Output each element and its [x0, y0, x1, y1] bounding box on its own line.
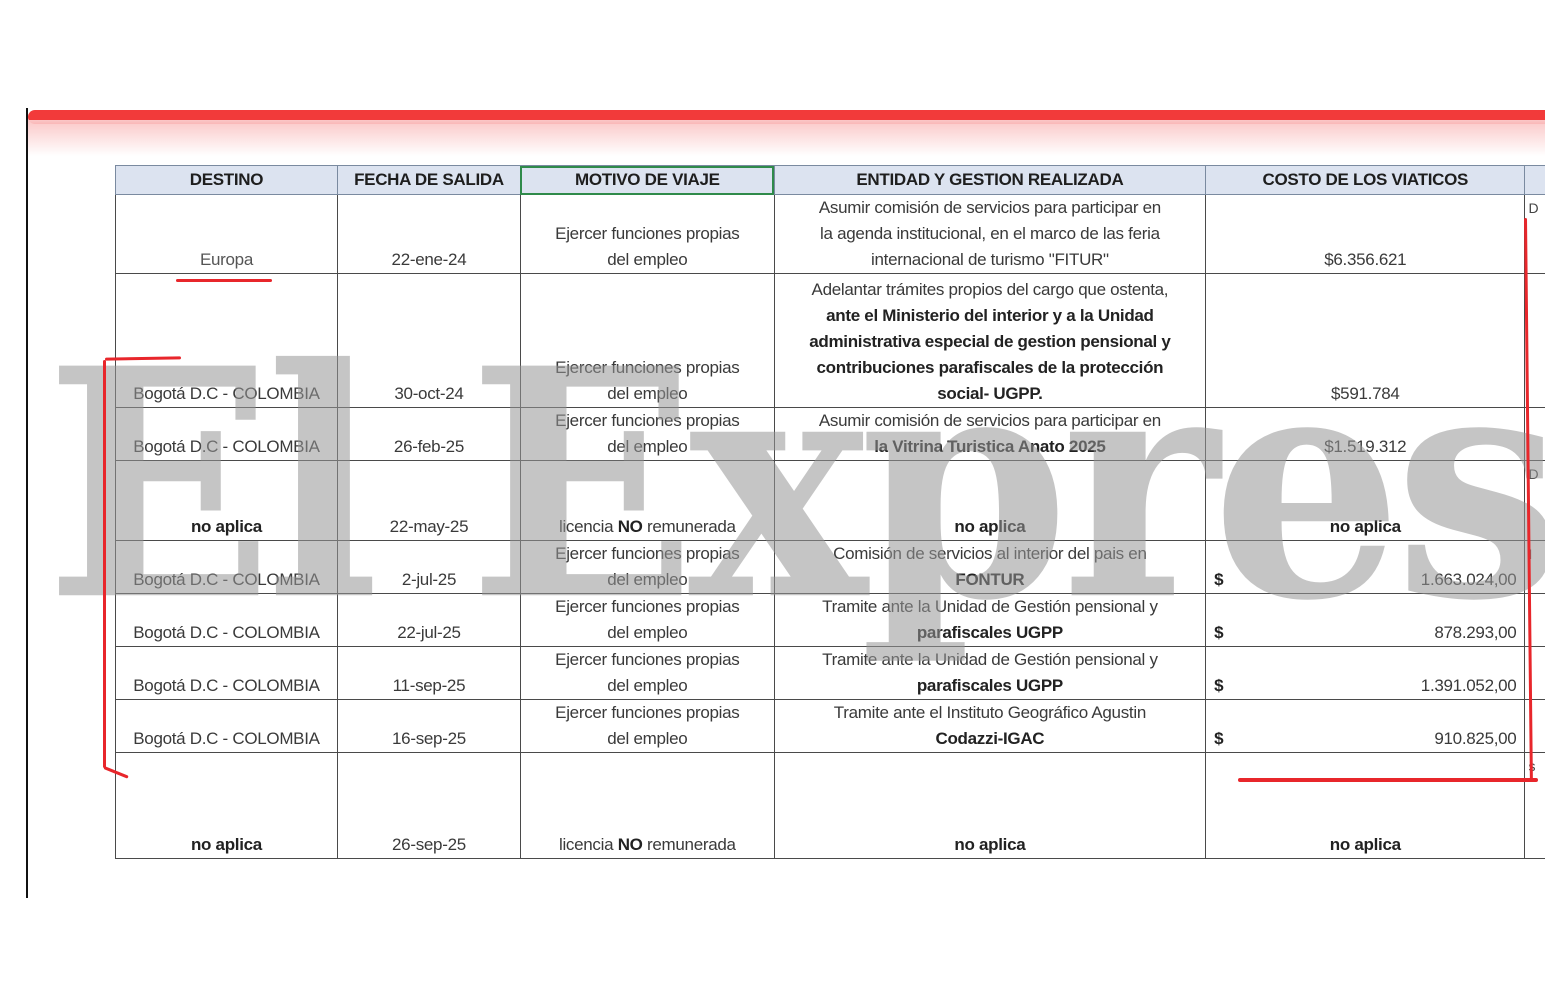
entidad-text: la Vitrina Turistica Anato 2025	[779, 434, 1201, 460]
entidad-text: la agenda institucional, en el marco de …	[779, 221, 1201, 247]
costo-amount: 910.825,00	[1434, 726, 1516, 752]
annotation-bracket-left	[103, 360, 106, 768]
currency-symbol: $	[1214, 726, 1223, 752]
cell-motivo-viaje[interactable]: Ejercer funciones propiasdel empleo	[520, 700, 774, 753]
costo-accounting: $910.825,00	[1214, 726, 1516, 752]
cell-costo-viaticos[interactable]: $6.356.621	[1206, 195, 1525, 274]
table-row: Bogotá D.C - COLOMBIA30-oct-24Ejercer fu…	[116, 274, 1545, 408]
entidad-text: no aplica	[779, 514, 1201, 540]
cell-destino[interactable]: Bogotá D.C - COLOMBIA	[116, 594, 338, 647]
motivo-text: Ejercer funciones propias	[525, 355, 770, 381]
motivo-text: del empleo	[525, 567, 770, 593]
cell-motivo-viaje[interactable]: Ejercer funciones propiasdel empleo	[520, 195, 774, 274]
destino-text: Europa	[120, 247, 333, 273]
cell-destino[interactable]: Bogotá D.C - COLOMBIA	[116, 541, 338, 594]
fecha-text: 11-sep-25	[342, 673, 516, 699]
cell-costo-viaticos[interactable]: $1.663.024,00	[1206, 541, 1525, 594]
table-row: Bogotá D.C - COLOMBIA26-feb-25Ejercer fu…	[116, 408, 1545, 461]
entidad-text: Tramite ante el Instituto Geográfico Agu…	[779, 700, 1201, 726]
edge-text: D	[1528, 461, 1541, 487]
motivo-text: Ejercer funciones propias	[525, 700, 770, 726]
header-entidad-gestion[interactable]: ENTIDAD Y GESTION REALIZADA	[774, 166, 1205, 195]
travel-expenses-table: DESTINO FECHA DE SALIDA MOTIVO DE VIAJE …	[115, 165, 1545, 859]
edge-text: D	[1528, 195, 1541, 221]
motivo-text: del empleo	[525, 673, 770, 699]
currency-symbol: $	[1214, 620, 1223, 646]
costo-amount: $6.356.621	[1210, 247, 1520, 273]
header-costo-viaticos[interactable]: COSTO DE LOS VIATICOS	[1206, 166, 1525, 195]
destino-text: Bogotá D.C - COLOMBIA	[120, 726, 333, 752]
cell-destino[interactable]: no aplica	[116, 753, 338, 859]
cell-costo-viaticos[interactable]: $1.519.312	[1206, 408, 1525, 461]
costo-amount: 878.293,00	[1434, 620, 1516, 646]
cell-costo-viaticos[interactable]: no aplica	[1206, 461, 1525, 541]
cell-destino[interactable]: Bogotá D.C - COLOMBIA	[116, 274, 338, 408]
costo-amount: no aplica	[1210, 514, 1520, 540]
fecha-text: 22-ene-24	[342, 247, 516, 273]
cell-destino[interactable]: no aplica	[116, 461, 338, 541]
destino-text: Bogotá D.C - COLOMBIA	[120, 620, 333, 646]
cell-next-column-cut[interactable]: s	[1525, 753, 1545, 859]
costo-amount: 1.663.024,00	[1421, 567, 1517, 593]
cell-fecha-salida[interactable]: 22-may-25	[337, 461, 520, 541]
motivo-text: Ejercer funciones propias	[525, 221, 770, 247]
table-row: no aplica26-sep-25licencia NO remunerada…	[116, 753, 1545, 859]
costo-amount: $1.519.312	[1210, 434, 1520, 460]
table-row: Europa22-ene-24Ejercer funciones propias…	[116, 195, 1545, 274]
entidad-text: Asumir comisión de servicios para partic…	[779, 195, 1201, 221]
destino-text: Bogotá D.C - COLOMBIA	[120, 434, 333, 460]
motivo-text: del empleo	[525, 381, 770, 407]
cell-destino[interactable]: Bogotá D.C - COLOMBIA	[116, 647, 338, 700]
cell-motivo-viaje[interactable]: Ejercer funciones propiasdel empleo	[520, 541, 774, 594]
cell-entidad-gestion[interactable]: Adelantar trámites propios del cargo que…	[774, 274, 1205, 408]
table-header-row: DESTINO FECHA DE SALIDA MOTIVO DE VIAJE …	[116, 166, 1545, 195]
cell-fecha-salida[interactable]: 22-ene-24	[337, 195, 520, 274]
entidad-text: parafiscales UGPP	[779, 620, 1201, 646]
costo-amount: no aplica	[1210, 832, 1520, 858]
currency-symbol: $	[1214, 567, 1223, 593]
motivo-text: Ejercer funciones propias	[525, 408, 770, 434]
entidad-text: social- UGPP.	[779, 381, 1201, 407]
cell-costo-viaticos[interactable]: $878.293,00	[1206, 594, 1525, 647]
table-row: Bogotá D.C - COLOMBIA16-sep-25Ejercer fu…	[116, 700, 1545, 753]
cell-entidad-gestion[interactable]: no aplica	[774, 753, 1205, 859]
cell-entidad-gestion[interactable]: Tramite ante la Unidad de Gestión pensio…	[774, 647, 1205, 700]
cell-costo-viaticos[interactable]: no aplica	[1206, 753, 1525, 859]
destino-text: Bogotá D.C - COLOMBIA	[120, 567, 333, 593]
cell-entidad-gestion[interactable]: Tramite ante la Unidad de Gestión pensio…	[774, 594, 1205, 647]
annotation-right-bottom	[1238, 778, 1538, 782]
costo-accounting: $878.293,00	[1214, 620, 1516, 646]
header-red-fade	[28, 120, 1545, 156]
cell-entidad-gestion[interactable]: Tramite ante el Instituto Geográfico Agu…	[774, 700, 1205, 753]
table-row: Bogotá D.C - COLOMBIA11-sep-25Ejercer fu…	[116, 647, 1545, 700]
cell-entidad-gestion[interactable]: no aplica	[774, 461, 1205, 541]
motivo-text: Ejercer funciones propias	[525, 594, 770, 620]
header-motivo-viaje[interactable]: MOTIVO DE VIAJE	[520, 166, 774, 195]
motivo-text: licencia NO remunerada	[525, 832, 770, 858]
entidad-text: FONTUR	[779, 567, 1201, 593]
cell-destino[interactable]: Bogotá D.C - COLOMBIA	[116, 700, 338, 753]
motivo-text: del empleo	[525, 620, 770, 646]
fecha-text: 16-sep-25	[342, 726, 516, 752]
cell-motivo-viaje[interactable]: Ejercer funciones propiasdel empleo	[520, 647, 774, 700]
cell-fecha-salida[interactable]: 11-sep-25	[337, 647, 520, 700]
annotation-underline-europa	[176, 279, 272, 282]
entidad-text: ante el Ministerio del interior y a la U…	[779, 303, 1201, 329]
entidad-text: Comisión de servicios al interior del pa…	[779, 541, 1201, 567]
cell-costo-viaticos[interactable]: $910.825,00	[1206, 700, 1525, 753]
page-frame-left-border	[26, 108, 28, 898]
entidad-text: no aplica	[779, 832, 1201, 858]
destino-text: no aplica	[120, 832, 333, 858]
entidad-text: Tramite ante la Unidad de Gestión pensio…	[779, 594, 1201, 620]
cell-motivo-viaje[interactable]: licencia NO remunerada	[520, 461, 774, 541]
header-destino[interactable]: DESTINO	[116, 166, 338, 195]
cell-destino[interactable]: Bogotá D.C - COLOMBIA	[116, 408, 338, 461]
cell-entidad-gestion[interactable]: Comisión de servicios al interior del pa…	[774, 541, 1205, 594]
fecha-text: 26-sep-25	[342, 832, 516, 858]
costo-amount: $591.784	[1210, 381, 1520, 407]
entidad-text: Codazzi-IGAC	[779, 726, 1201, 752]
motivo-text: del empleo	[525, 726, 770, 752]
destino-text: no aplica	[120, 514, 333, 540]
destino-text: Bogotá D.C - COLOMBIA	[120, 673, 333, 699]
costo-amount: 1.391.052,00	[1421, 673, 1517, 699]
destino-text: Bogotá D.C - COLOMBIA	[120, 381, 333, 407]
header-fecha-salida[interactable]: FECHA DE SALIDA	[337, 166, 520, 195]
cell-fecha-salida[interactable]: 2-jul-25	[337, 541, 520, 594]
costo-accounting: $1.391.052,00	[1214, 673, 1516, 699]
entidad-text: internacional de turismo "FITUR"	[779, 247, 1201, 273]
motivo-text: del empleo	[525, 434, 770, 460]
entidad-text: Adelantar trámites propios del cargo que…	[779, 277, 1201, 303]
cell-costo-viaticos[interactable]: $591.784	[1206, 274, 1525, 408]
cell-motivo-viaje[interactable]: Ejercer funciones propiasdel empleo	[520, 274, 774, 408]
motivo-text: del empleo	[525, 247, 770, 273]
fecha-text: 26-feb-25	[342, 434, 516, 460]
cell-next-column-cut[interactable]: D	[1525, 195, 1545, 274]
entidad-text: parafiscales UGPP	[779, 673, 1201, 699]
motivo-text: Ejercer funciones propias	[525, 647, 770, 673]
fecha-text: 2-jul-25	[342, 567, 516, 593]
header-next-column-cut[interactable]	[1525, 166, 1545, 195]
cell-motivo-viaje[interactable]: Ejercer funciones propiasdel empleo	[520, 408, 774, 461]
cell-motivo-viaje[interactable]: licencia NO remunerada	[520, 753, 774, 859]
cell-fecha-salida[interactable]: 26-feb-25	[337, 408, 520, 461]
cell-next-column-cut[interactable]	[1525, 700, 1545, 753]
costo-accounting: $1.663.024,00	[1214, 567, 1516, 593]
entidad-text: administrativa especial de gestion pensi…	[779, 329, 1201, 355]
entidad-text: contribuciones parafiscales de la protec…	[779, 355, 1201, 381]
currency-symbol: $	[1214, 673, 1223, 699]
cell-fecha-salida[interactable]: 16-sep-25	[337, 700, 520, 753]
cell-motivo-viaje[interactable]: Ejercer funciones propiasdel empleo	[520, 594, 774, 647]
motivo-text: licencia NO remunerada	[525, 514, 770, 540]
cell-entidad-gestion[interactable]: Asumir comisión de servicios para partic…	[774, 195, 1205, 274]
fecha-text: 30-oct-24	[342, 381, 516, 407]
table-row: Bogotá D.C - COLOMBIA2-jul-25Ejercer fun…	[116, 541, 1545, 594]
fecha-text: 22-may-25	[342, 514, 516, 540]
cell-fecha-salida[interactable]: 30-oct-24	[337, 274, 520, 408]
entidad-text: Tramite ante la Unidad de Gestión pensio…	[779, 647, 1201, 673]
table-row: Bogotá D.C - COLOMBIA22-jul-25Ejercer fu…	[116, 594, 1545, 647]
table-row: no aplica22-may-25licencia NO remunerada…	[116, 461, 1545, 541]
motivo-text: Ejercer funciones propias	[525, 541, 770, 567]
fecha-text: 22-jul-25	[342, 620, 516, 646]
cell-fecha-salida[interactable]: 26-sep-25	[337, 753, 520, 859]
cell-fecha-salida[interactable]: 22-jul-25	[337, 594, 520, 647]
cell-costo-viaticos[interactable]: $1.391.052,00	[1206, 647, 1525, 700]
entidad-text: Asumir comisión de servicios para partic…	[779, 408, 1201, 434]
cell-destino[interactable]: Europa	[116, 195, 338, 274]
cell-entidad-gestion[interactable]: Asumir comisión de servicios para partic…	[774, 408, 1205, 461]
